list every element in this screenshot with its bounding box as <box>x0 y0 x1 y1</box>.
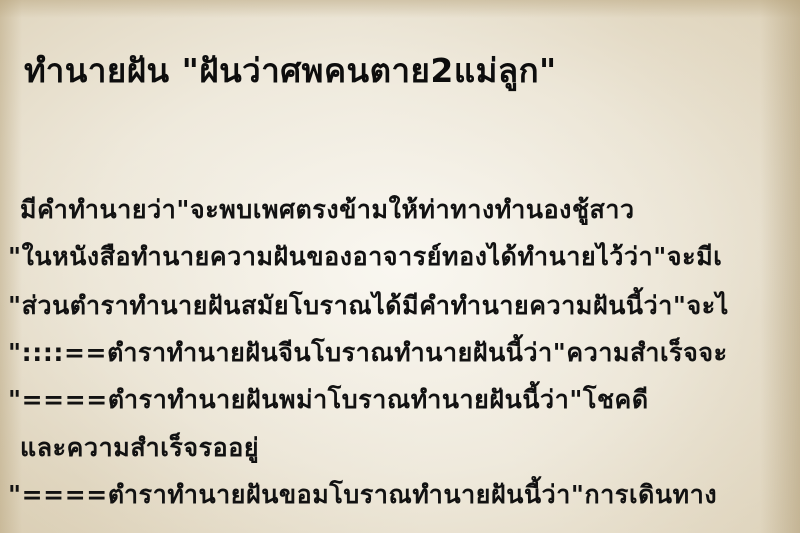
interpretation-line: "====ตำราทำนายฝันขอมโบราณทำนายฝันนี้ว่า"… <box>8 475 717 515</box>
interpretation-line: "ในหนังสือทำนายความฝันของอาจารย์ทองได้ทำ… <box>8 237 722 277</box>
interpretation-line: มีคำทำนายว่า"จะพบเพศตรงข้ามให้ท่าทางทำนอ… <box>20 190 635 230</box>
interpretation-line: "ส่วนตำราทำนายฝันสมัยโบราณได้มีคำทำนายคว… <box>8 286 729 326</box>
interpretation-line: "::::==ตำราทำนายฝันจีนโบราณทำนายฝันนี้ว่… <box>8 333 728 373</box>
paper-edge-top <box>0 0 800 18</box>
page-title: ทำนายฝัน "ฝันว่าศพคนตาย2แม่ลูก" <box>24 44 557 97</box>
paper-edge-right <box>760 0 800 533</box>
interpretation-line: และความสำเร็จรออยู่ <box>20 428 259 468</box>
interpretation-line: "====ตำราทำนายฝันพม่าโบราณทำนายฝันนี้ว่า… <box>8 380 649 420</box>
